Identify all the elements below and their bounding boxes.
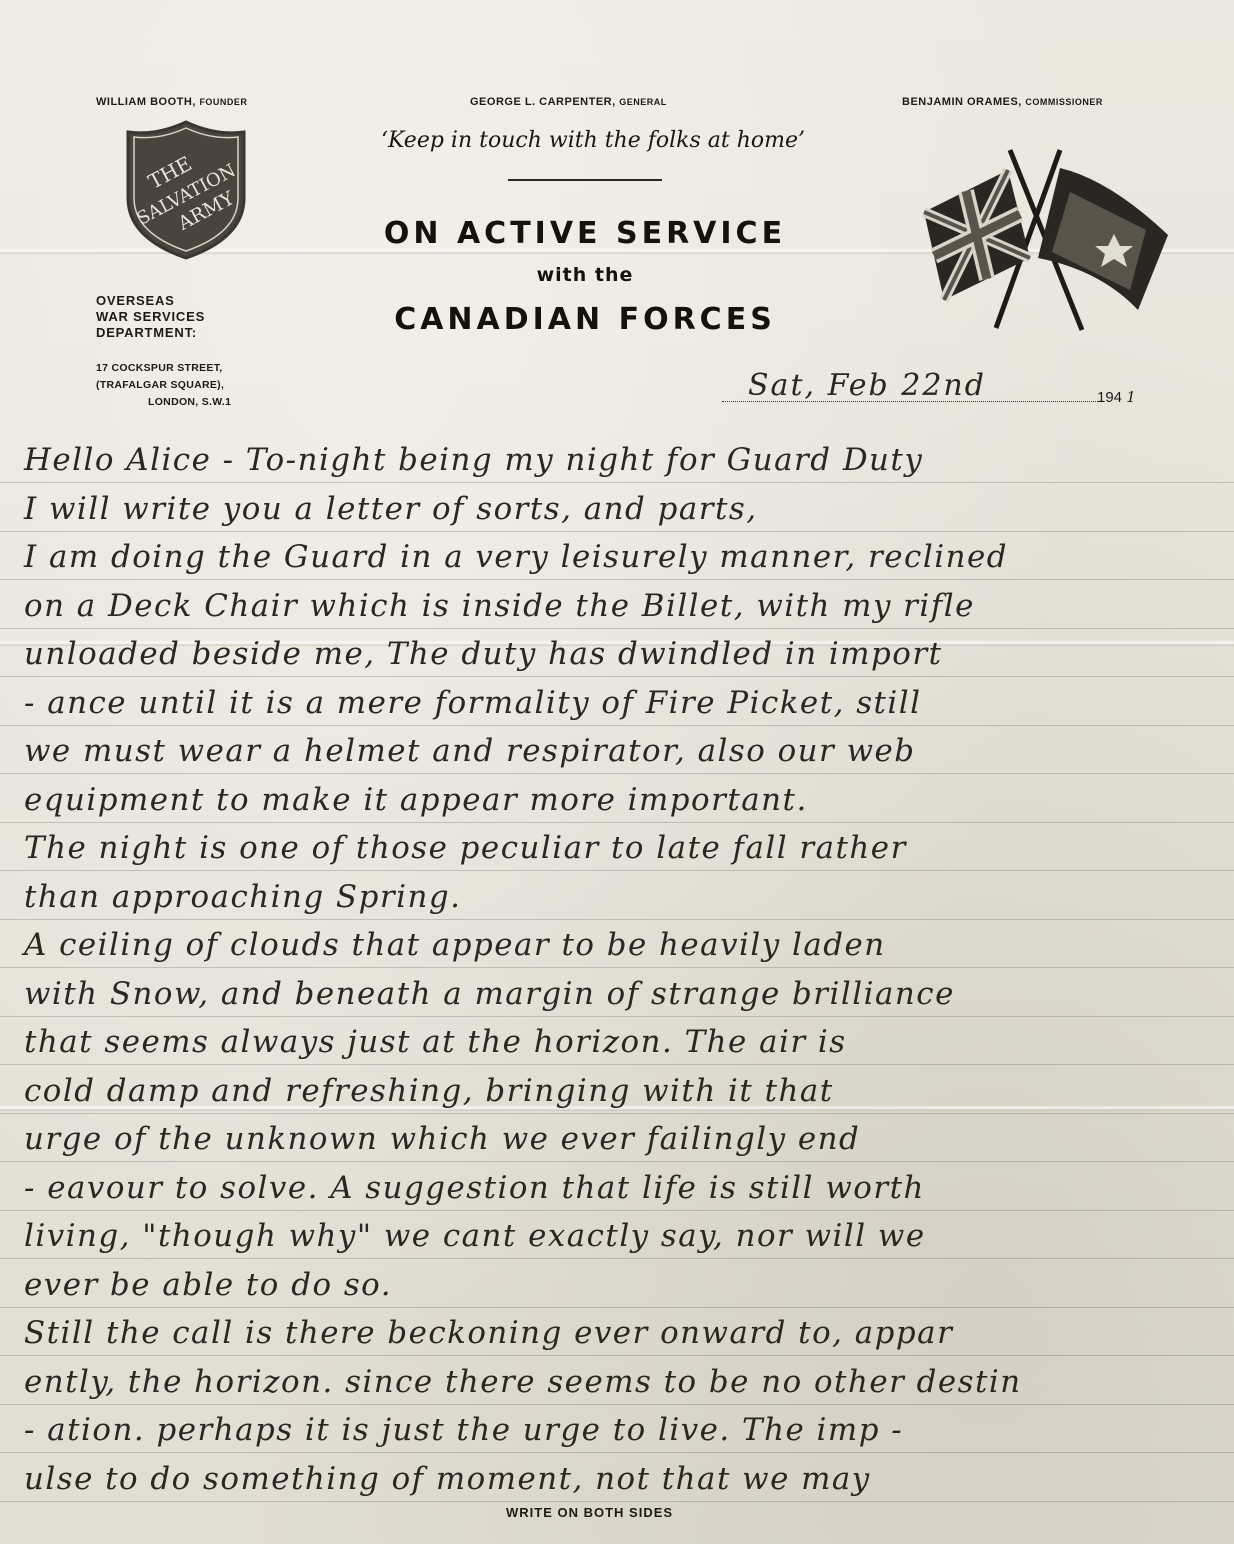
ruled-line	[0, 725, 1234, 726]
salvation-army-flag-icon	[1038, 168, 1168, 310]
ruled-line	[0, 1404, 1234, 1405]
ruled-line	[0, 919, 1234, 920]
letter-line: that seems always just at the horizon. T…	[24, 1024, 1194, 1060]
address-block: 17 COCKSPUR STREET, (TRAFALGAR SQUARE), …	[96, 360, 231, 411]
letter-line: I am doing the Guard in a very leisurely…	[24, 539, 1194, 575]
letter-line: equipment to make it appear more importa…	[24, 782, 1194, 818]
ruled-line	[0, 773, 1234, 774]
ruled-line	[0, 1210, 1234, 1211]
letter-line: ever be able to do so.	[24, 1267, 1194, 1303]
ruled-line	[0, 1452, 1234, 1453]
letter-line: - eavour to solve. A suggestion that lif…	[24, 1170, 1194, 1206]
year-digit: 1	[1126, 388, 1136, 406]
year-prefix: 194	[1097, 389, 1122, 406]
department-line: WAR SERVICES	[96, 309, 205, 325]
ruled-line	[0, 822, 1234, 823]
letter-line: - ance until it is a mere formality of F…	[24, 685, 1194, 721]
address-line: 17 COCKSPUR STREET,	[96, 360, 231, 377]
address-line: (TRAFALGAR SQUARE),	[96, 377, 231, 394]
department-line: OVERSEAS	[96, 293, 205, 309]
general-role: GENERAL	[619, 97, 667, 107]
letter-line: unloaded beside me, The duty has dwindle…	[24, 636, 1194, 672]
date-line	[722, 400, 1098, 402]
letter-line: on a Deck Chair which is inside the Bill…	[24, 588, 1194, 624]
commissioner-credit: BENJAMIN ORAMES, COMMISSIONER	[902, 96, 1103, 108]
letter-line: Still the call is there beckoning ever o…	[24, 1315, 1194, 1351]
ruled-line	[0, 579, 1234, 580]
ruled-line	[0, 531, 1234, 532]
letter-line: with Snow, and beneath a margin of stran…	[24, 976, 1194, 1012]
ruled-line	[0, 967, 1234, 968]
letter-line: we must wear a helmet and respirator, al…	[24, 733, 1194, 769]
crossed-flags-icon	[900, 140, 1180, 340]
ruled-line	[0, 1064, 1234, 1065]
ruled-line	[0, 870, 1234, 871]
letter-line: Hello Alice - To-night being my night fo…	[24, 442, 1194, 478]
letter-line: - ation. perhaps it is just the urge to …	[24, 1412, 1194, 1448]
salvation-army-shield-icon: THE SALVATION ARMY	[122, 120, 250, 260]
ruled-line	[0, 1258, 1234, 1259]
handwritten-date: Sat, Feb 22nd	[748, 368, 986, 403]
title-with-the: with the	[340, 264, 830, 286]
ruled-line	[0, 1016, 1234, 1017]
printed-year: 194 1	[1097, 388, 1136, 406]
general-name: GEORGE L. CARPENTER,	[470, 96, 616, 108]
letter-line: ently, the horizon. since there seems to…	[24, 1364, 1194, 1400]
letter-line: The night is one of those peculiar to la…	[24, 830, 1194, 866]
motto: ‘Keep in touch with the folks at home’	[353, 128, 833, 153]
title-canadian-forces: CANADIAN FORCES	[340, 302, 830, 337]
ruled-line	[0, 1113, 1234, 1114]
founder-role: FOUNDER	[199, 97, 247, 107]
ruled-line	[0, 676, 1234, 677]
letter-line: cold damp and refreshing, bringing with …	[24, 1073, 1194, 1109]
motto-divider	[508, 179, 662, 181]
ruled-line	[0, 482, 1234, 483]
address-line: LONDON, S.W.1	[96, 394, 231, 411]
ruled-line	[0, 1355, 1234, 1356]
title-on-active-service: ON ACTIVE SERVICE	[340, 216, 830, 251]
founder-name: WILLIAM BOOTH,	[96, 96, 196, 108]
letter-line: ulse to do something of moment, not that…	[24, 1461, 1194, 1497]
department-block: OVERSEAS WAR SERVICES DEPARTMENT:	[96, 293, 205, 341]
ruled-line	[0, 1307, 1234, 1308]
letter-line: than approaching Spring.	[24, 879, 1194, 915]
founder-credit: WILLIAM BOOTH, FOUNDER	[96, 96, 247, 108]
letter-page: WILLIAM BOOTH, FOUNDER GEORGE L. CARPENT…	[0, 0, 1234, 1544]
commissioner-role: COMMISSIONER	[1025, 97, 1103, 107]
footer-note: WRITE ON BOTH SIDES	[506, 1505, 673, 1520]
ruled-line	[0, 628, 1234, 629]
letter-line: living, "though why" we cant exactly say…	[24, 1218, 1194, 1254]
letter-line: urge of the unknown which we ever failin…	[24, 1121, 1194, 1157]
commissioner-name: BENJAMIN ORAMES,	[902, 96, 1022, 108]
letter-line: I will write you a letter of sorts, and …	[24, 491, 1194, 527]
ruled-line	[0, 1161, 1234, 1162]
department-line: DEPARTMENT:	[96, 325, 205, 341]
general-credit: GEORGE L. CARPENTER, GENERAL	[470, 96, 667, 108]
ruled-line	[0, 1501, 1234, 1502]
letter-line: A ceiling of clouds that appear to be he…	[24, 927, 1194, 963]
